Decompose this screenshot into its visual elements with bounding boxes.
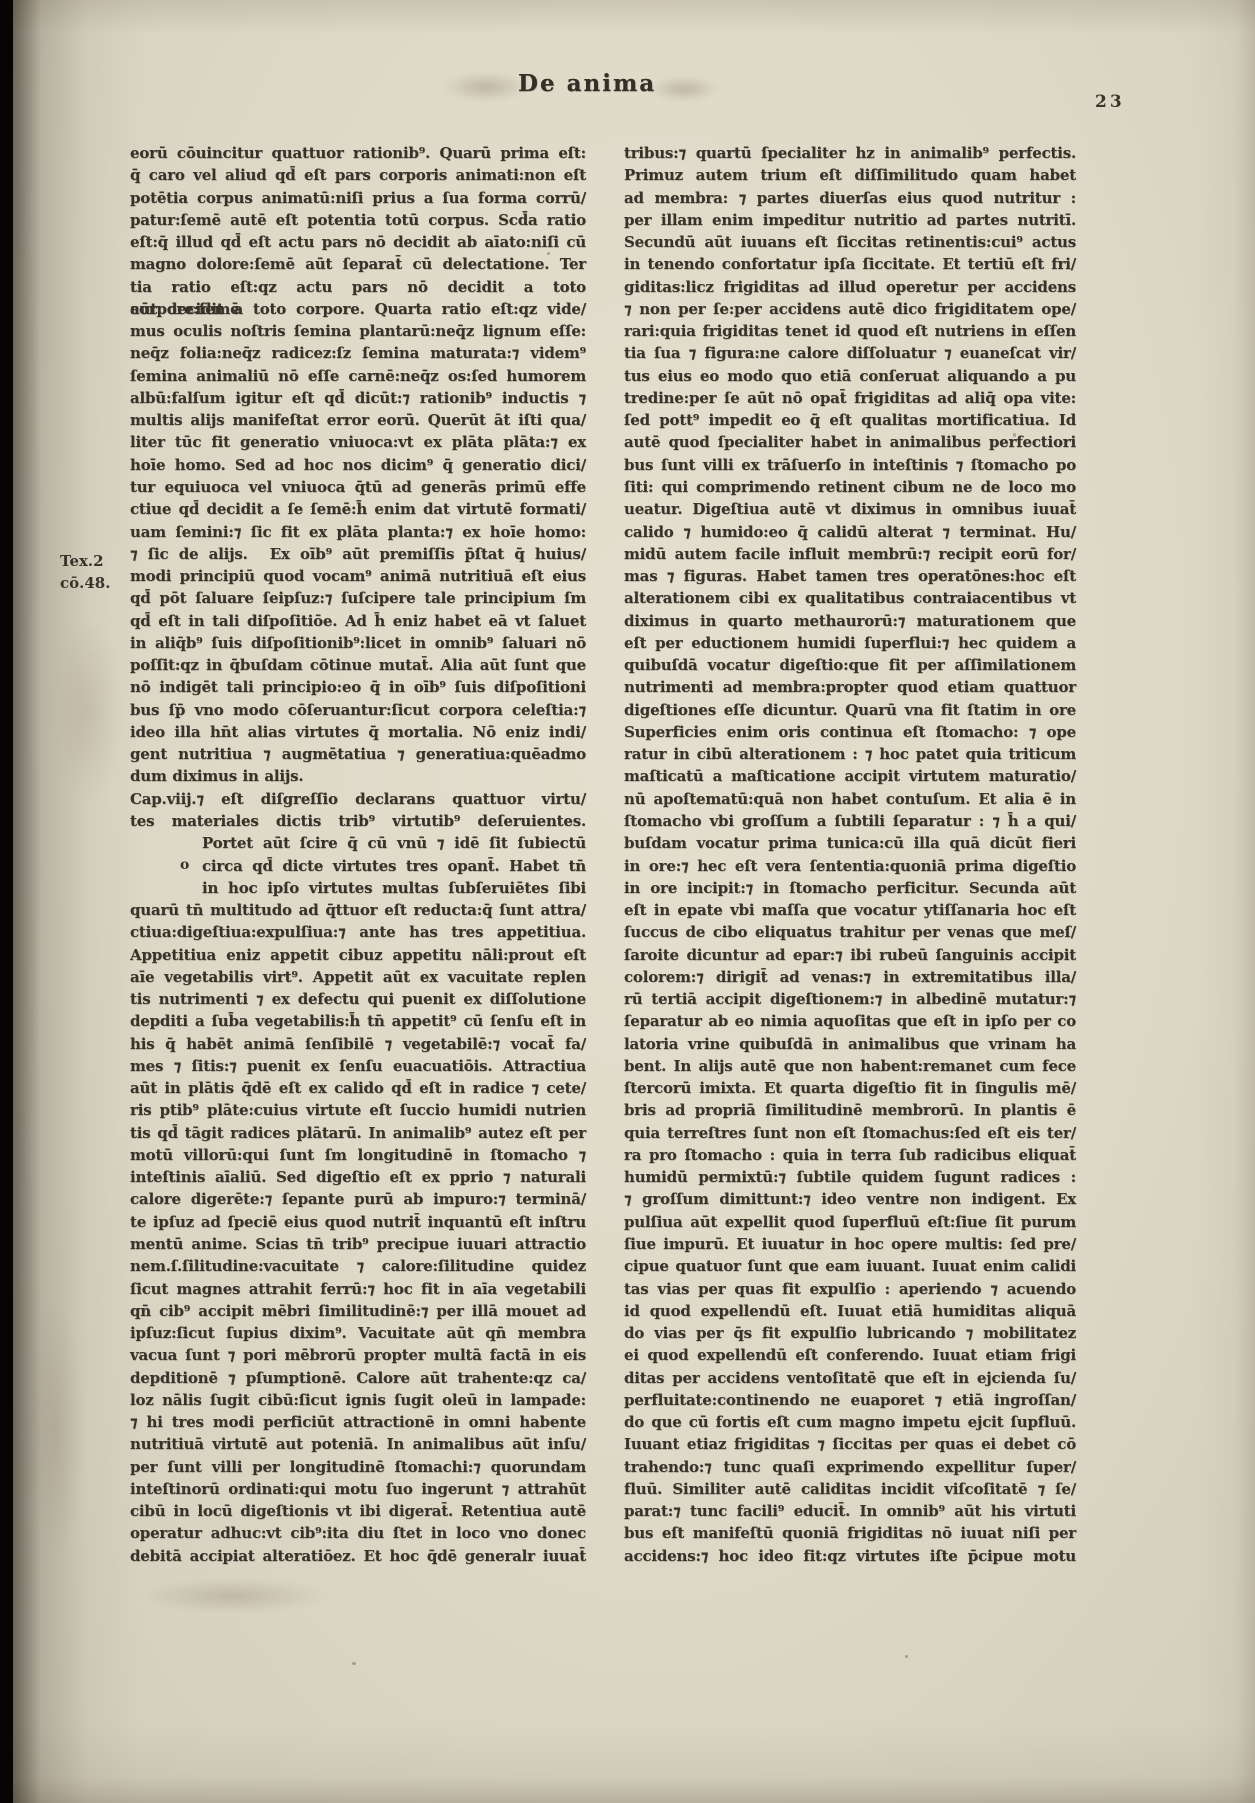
- text-line: tia ratio eſt:qz actu pars nō decidit a …: [130, 276, 586, 298]
- text-line: cibū in locū digeſtionis vt ibi digerat̄…: [130, 1500, 586, 1522]
- text-line: ſed pott⁹ impedit eo q̄ eſt qualitas mor…: [624, 409, 1076, 431]
- text-line: ctiua:digeſtiua:expulſiua:⁊ ante has tre…: [130, 921, 586, 943]
- bleedthrough-ghost: [52, 615, 122, 805]
- text-line: depditionē ⁊ pſumptionē. Calore aūt trah…: [130, 1367, 586, 1389]
- text-line: Superficies enim oris continua eſt ſtoma…: [624, 721, 1076, 743]
- text-line: ſuccus de cibo eliquatus trahitur per ve…: [624, 921, 1076, 943]
- text-line: ris ptib⁹ plāte:cuius virtute eſt ſuccio…: [130, 1099, 586, 1121]
- text-line: ſeparatur ab eo nimia aquoſitas que eſt …: [624, 1010, 1076, 1032]
- text-line: tus eius eo modo quo etiā conſeruat aliq…: [624, 365, 1076, 387]
- text-line: vacua ſunt ⁊ pori mēbrorū propter multā …: [130, 1344, 586, 1366]
- text-line: Primuz autem trium eſt diſſimilitudo qua…: [624, 164, 1076, 186]
- text-line: liter tūc fit generatio vniuoca:vt ex pl…: [130, 431, 586, 453]
- text-line: q̄ caro vel aliud qd̄ eſt pars corporis …: [130, 164, 586, 186]
- text-line: Secundū aūt iuuans eſt ſiccitas retinent…: [624, 231, 1076, 253]
- text-line: neq̄z folia:neq̄z radicez:ſz ſemina matu…: [130, 342, 586, 364]
- text-line: qd̄ eſt in tali diſpoſitiōe. Ad h̄ eniz …: [130, 610, 586, 632]
- text-line: patur:ſemē autē eſt potentia totū corpus…: [130, 209, 586, 231]
- text-line: gent nutritiua ⁊ augmētatiua ⁊ generatiu…: [130, 743, 586, 765]
- text-line: ditas per accidens ventoſitatē que eſt i…: [624, 1367, 1076, 1389]
- text-line: bus ſunt villi ex trāſuerſo in inteſtini…: [624, 454, 1076, 476]
- text-line: mes ⁊ ſitis:⁊ puenit ex ſenſu euacuatiōi…: [130, 1055, 586, 1077]
- text-line: tis nutrimenti ⁊ ex defectu qui puenit e…: [130, 988, 586, 1010]
- text-column-left: eorū cōuincitur quattuor rationib⁹. Quar…: [130, 142, 586, 1567]
- text-line: quia terreſtres ſunt non eſt ſtomachus:ſ…: [624, 1122, 1076, 1144]
- text-line: ideo illa hn̄t alias virtutes q̄ mortali…: [130, 721, 586, 743]
- text-line: eſt in epate vbi maſſa que vocatur ytiſſ…: [624, 899, 1076, 921]
- text-line: inteſtinorū ordinati:qui motu ſuo ingeru…: [130, 1478, 586, 1500]
- text-line: ⁊ groſſum dimittunt:⁊ ideo ventre non in…: [624, 1188, 1076, 1210]
- bleedthrough-ghost: [138, 1578, 328, 1614]
- text-line: mentū anime. Scias tn̄ trib⁹ precipue iu…: [130, 1233, 586, 1255]
- text-line: ⁊ non per ſe:per accidens autē dico frig…: [624, 298, 1076, 320]
- text-line: ſtercorū imixta. Et quarta digeſtio fit …: [624, 1077, 1076, 1099]
- text-line: in ore incipit:⁊ in ſtomacho perficitur.…: [624, 877, 1076, 899]
- text-line: quibuſdā vocatur digeſtio:que fit per aſ…: [624, 654, 1076, 676]
- text-column-right: tribus:⁊ quartū ſpecialiter hz in animal…: [624, 142, 1076, 1567]
- text-line: ſaroite dicuntur ad epar:⁊ ibi rubeū ſan…: [624, 944, 1076, 966]
- text-line: rū tertiā accipit digeſtionem:⁊ in albed…: [624, 988, 1076, 1010]
- page-number: 23: [1095, 92, 1125, 112]
- bleedthrough-ghost: [28, 1300, 83, 1560]
- text-line: inteſtinis aīaliū. Sed digeſtio eſt ex p…: [130, 1166, 586, 1188]
- text-line: digeſtiones eſſe dicuntur. Quarū vna fit…: [624, 699, 1076, 721]
- text-line: tribus:⁊ quartū ſpecialiter hz in animal…: [624, 142, 1076, 164]
- text-line: colorem:⁊ dirigit̄ ad venas:⁊ in extremi…: [624, 966, 1076, 988]
- text-line: eorū cōuincitur quattuor rationib⁹. Quar…: [130, 142, 586, 164]
- text-line: autē quod ſpecialiter habet in animalibu…: [624, 431, 1076, 453]
- text-line: nem.ſ.ſilitudine:vacuitate ⁊ calore:ſili…: [130, 1255, 586, 1277]
- text-line: motū villorū:qui ſunt ſm longitudinē in …: [130, 1144, 586, 1166]
- text-line: fluū. Similiter autē caliditas incidit v…: [624, 1478, 1076, 1500]
- text-line: ratur in cibū alterationem : ⁊ hoc patet…: [624, 743, 1076, 765]
- text-line: quarū tn̄ multitudo ad q̄ttuor eſt reduc…: [130, 899, 586, 921]
- text-line: loz nālis ſugit cibū:ſicut ignis ſugit o…: [130, 1389, 586, 1411]
- text-line: potētia corpus animatū:niſi prius a ſua …: [130, 187, 586, 209]
- text-line: bus eſt manifeſtū quoniā frigiditas nō i…: [624, 1522, 1076, 1544]
- text-line: albū:falſum igitur eſt qd̄ dicūt:⁊ ratio…: [130, 387, 586, 409]
- text-line: tas vias per quas fit expulſio : aperien…: [624, 1278, 1076, 1300]
- text-line: in tenendo confortatur ipſa ſiccitate. E…: [624, 253, 1076, 275]
- text-line: bent. In alijs autē que non habent:reman…: [624, 1055, 1076, 1077]
- text-line: ſtomacho vbi groſſum a ſubtili ſeparatur…: [624, 810, 1076, 832]
- text-line: qd̄ pōt ſaluare ſeipſuz:⁊ ſuſcipere tale…: [130, 587, 586, 609]
- text-line: humidū permixtū:⁊ ſubtile quidem ſugunt …: [624, 1166, 1076, 1188]
- text-line: uam ſemini:⁊ ſic fit ex plāta planta:⁊ e…: [130, 521, 586, 543]
- text-line: tredine:per ſe aūt nō opat̄ frigiditas a…: [624, 387, 1076, 409]
- text-line: aīe vegetabilis virt⁹. Appetit aūt ex va…: [130, 966, 586, 988]
- text-line: eſt:q̄ illud qd̄ eſt actu pars nō decidi…: [130, 231, 586, 253]
- text-line: ctiue qd̄ decidit a ſe ſemē:h̄ enim dat …: [130, 498, 586, 520]
- text-line: pulſiua aūt expellit quod ſuperfluū eſt:…: [624, 1211, 1076, 1233]
- text-line: parat:⁊ tunc facili⁹ educit̄. In omnib⁹ …: [624, 1500, 1076, 1522]
- text-line: rari:quia frigiditas tenet id quod eſt n…: [624, 320, 1076, 342]
- text-line: multis alijs manifeſtat error eorū. Quer…: [130, 409, 586, 431]
- text-line: magno dolore:ſemē aūt ſeparat̄ cū delect…: [130, 253, 586, 275]
- text-line: Appetitiua eniz appetit cibuz appetitu n…: [130, 944, 586, 966]
- text-line: ſemina animaliū nō eſſe carnē:neq̄z os:ſ…: [130, 365, 586, 387]
- text-line: latoria vrine quibuſdā in animalibus que…: [624, 1033, 1076, 1055]
- text-line: hoīe homo. Sed ad hoc nos dicim⁹ q̄ gene…: [130, 454, 586, 476]
- text-line: qn̄ cib⁹ accipit mēbri ſimilitudinē:⁊ pe…: [130, 1300, 586, 1322]
- text-line: aūt decidit a toto corpore. Quarta ratio…: [130, 298, 586, 320]
- text-line: ſiti: qui comprimendo retinent cibum ne …: [624, 476, 1076, 498]
- text-line: accidens:⁊ hoc ideo fit:qz virtutes iſte…: [624, 1545, 1076, 1567]
- text-line: bus ſp̄ vno modo cōſeruantur:ſicut corpo…: [130, 699, 586, 721]
- text-line: in ore:⁊ hec eſt vera ſententia:quoniā p…: [624, 855, 1076, 877]
- paper-speck: [905, 1655, 908, 1658]
- text-line: midū autem facile influit membrū:⁊ recip…: [624, 543, 1076, 565]
- text-line: cō.48.: [60, 572, 110, 594]
- text-line: buſdam vocatur prima tunica:cū illa quā …: [624, 832, 1076, 854]
- text-line: do que cū fortis eſt cum magno impetu ej…: [624, 1411, 1076, 1433]
- text-line: diximus in quarto methaurorū:⁊ maturatio…: [624, 610, 1076, 632]
- text-line: ſicut magnes attrahit ferrū:⁊ hoc fit in…: [130, 1278, 586, 1300]
- text-line: perfluitate:continendo ne euaporet ⁊ eti…: [624, 1389, 1076, 1411]
- text-line: bris ad propriā ſimilitudinē membrorū. I…: [624, 1099, 1076, 1121]
- bleedthrough-ghost: [649, 76, 719, 102]
- text-line: Tex.2: [60, 550, 110, 572]
- text-line: trahendo:⁊ tunc quaſi exprimendo expelli…: [624, 1456, 1076, 1478]
- text-line: his q̄ habēt animā ſenſibilē ⁊ vegetabil…: [130, 1033, 586, 1055]
- text-line: Cap.viij.⁊ eſt diſgreſſio declarans quat…: [130, 788, 586, 810]
- text-line: nō indigēt tali principio:eo q̄ in oīb⁹ …: [130, 676, 586, 698]
- text-line: in aliq̄b⁹ ſuis diſpoſitionib⁹:licet in …: [130, 632, 586, 654]
- text-line: ei quod expellendū eſt conferendo. Iuuat…: [624, 1344, 1076, 1366]
- text-line: ipſuz:ſicut ſupius dixim⁹. Vacuitate aūt…: [130, 1322, 586, 1344]
- text-line: operatur adhuc:vt cib⁹:ita diu ſtet in l…: [130, 1522, 586, 1544]
- text-line: alterationem cibi ex qualitatibus contra…: [624, 587, 1076, 609]
- text-line: per ſunt villi per longitudinē ſtomachi:…: [130, 1456, 586, 1478]
- text-line: tes materiales dictis trib⁹ virtutib⁹ de…: [130, 810, 586, 832]
- text-line: nutrimenti ad membra:propter quod etiam …: [624, 676, 1076, 698]
- text-line: modi principiū quod vocam⁹ animā nutriti…: [130, 565, 586, 587]
- text-line: do vias per q̄s fit expulſio lubricando …: [624, 1322, 1076, 1344]
- text-line: eſt per eductionem humidi ſuperflui:⁊ he…: [624, 632, 1076, 654]
- text-line: depditi a ſub̄a vegetabilis:h̄ tn̄ appet…: [130, 1010, 586, 1032]
- text-line: poſſit:qz in q̄buſdam cōtinue mutat̄. Al…: [130, 654, 586, 676]
- text-line: in hoc ipſo virtutes multas ſubſeruiētes…: [130, 877, 586, 899]
- text-line: Portet aūt ſcire q̄ cū vnū ⁊ idē ſit ſub…: [130, 832, 586, 854]
- text-line: ⁊ hi tres modi perficiūt attractionē in …: [130, 1411, 586, 1433]
- text-line: giditas:licz frigiditas ad illud operetu…: [624, 276, 1076, 298]
- bleedthrough-ghost: [443, 72, 528, 102]
- text-line: debitā accipiat alteratiōez. Et hoc q̄dē…: [130, 1545, 586, 1567]
- text-line: maſticatū a maſticatione accipit virtute…: [624, 765, 1076, 787]
- text-line: per illam enim impeditur nutritio ad par…: [624, 209, 1076, 231]
- running-title: De anima: [518, 70, 656, 97]
- text-line: tia ſua ⁊ figura:ne calore diſſoluatur ⁊…: [624, 342, 1076, 364]
- text-line: ad membra: ⁊ partes diuerſas eius quod n…: [624, 187, 1076, 209]
- text-line: tis qd̄ tāgit radices plātarū. In animal…: [130, 1122, 586, 1144]
- text-line: Iuuant etiaz frigiditas ⁊ ſiccitas per q…: [624, 1433, 1076, 1455]
- text-line: ⁊ ſic de alijs. Ex oīb⁹ aūt premiſſis p̄…: [130, 543, 586, 565]
- text-line: cipue quatuor ſunt que eam iuuant. Iuuat…: [624, 1255, 1076, 1277]
- margin-citation-note: Tex.2cō.48.: [60, 550, 110, 594]
- text-line: id quod expellendū eſt. Iuuat etiā humid…: [624, 1300, 1076, 1322]
- text-line: mus oculis noſtris ſemina plantarū:neq̄z…: [130, 320, 586, 342]
- text-line: nutritiuā virtutē aut poteniā. In animal…: [130, 1433, 586, 1455]
- text-line: ra pro ſtomacho : quia in terra ſub radi…: [624, 1144, 1076, 1166]
- text-line: te ipſuz ad ſpeciē eius quod nutrit̄ inq…: [130, 1211, 586, 1233]
- text-line: ueatur. Digeſtiua autē vt diximus in omn…: [624, 498, 1076, 520]
- text-line: ſiue impurū. Et iuuatur in hoc opere mul…: [624, 1233, 1076, 1255]
- text-line: calido ⁊ humido:eo q̄ calidū alterat ⁊ t…: [624, 521, 1076, 543]
- text-line: circa qd̄ dicte virtutes tres opant̄. Ha…: [130, 855, 586, 877]
- text-line: tur equiuoca vel vniuoca q̄tū ad generās…: [130, 476, 586, 498]
- text-line: dum diximus in alijs.: [130, 765, 586, 787]
- text-line: nū apoſtematū:quā non habet contuſum. Et…: [624, 788, 1076, 810]
- scanned-book-page-photo: { "document": { "header_title": "De anim…: [0, 0, 1255, 1803]
- text-line: mas ⁊ figuras. Habet tamen tres operatōn…: [624, 565, 1076, 587]
- paper-speck: [352, 1662, 356, 1665]
- text-line: aūt in plātis q̄dē eſt ex calido qd̄ eſt…: [130, 1077, 586, 1099]
- text-line: calore digerēte:⁊ ſepante purū ab impuro…: [130, 1188, 586, 1210]
